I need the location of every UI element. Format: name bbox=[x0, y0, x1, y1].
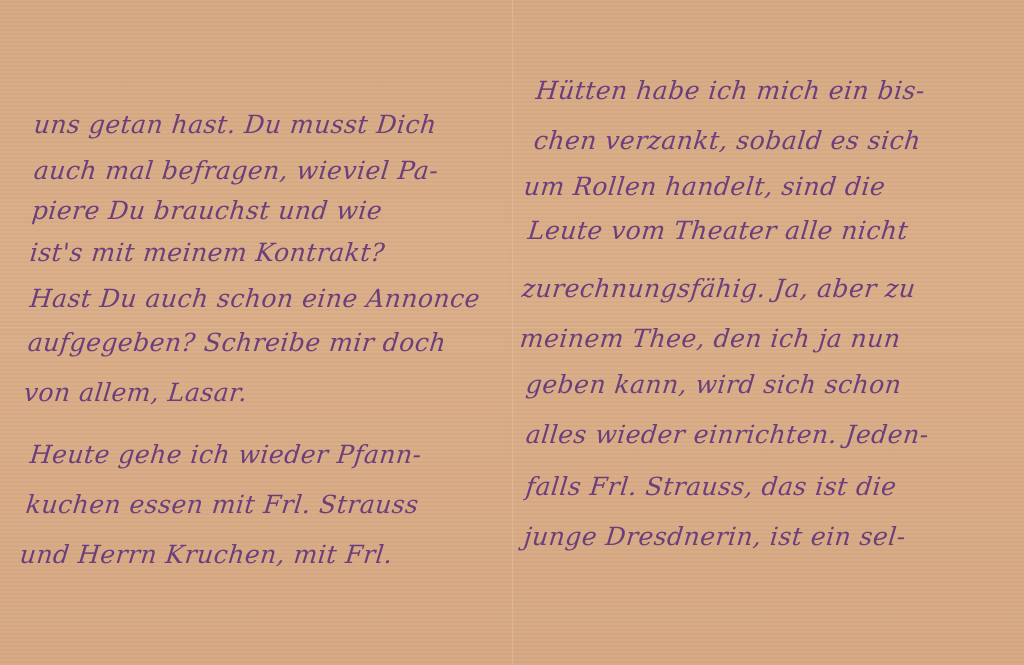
letter-line: aufgegeben? Schreibe mir doch bbox=[26, 328, 447, 357]
letter-line: ist's mit meinem Kontrakt? bbox=[28, 238, 386, 267]
letter-line: junge Dresdnerin, ist ein sel- bbox=[522, 522, 907, 551]
letter-line: und Herrn Kruchen, mit Frl. bbox=[18, 540, 394, 569]
letter-line: uns getan hast. Du musst Dich bbox=[32, 110, 438, 139]
letter-line: piere Du brauchst und wie bbox=[30, 196, 383, 225]
left-page: uns getan hast. Du musst Dich auch mal b… bbox=[0, 0, 511, 665]
letter-line: Hast Du auch schon eine Annonce bbox=[28, 284, 481, 313]
letter-line: auch mal befragen, wieviel Pa- bbox=[32, 156, 439, 185]
letter-line: chen verzankt, sobald es sich bbox=[532, 126, 922, 155]
letter-line: kuchen essen mit Frl. Strauss bbox=[24, 490, 420, 519]
letter-line: Heute gehe ich wieder Pfann- bbox=[28, 440, 423, 469]
letter-line: geben kann, wird sich schon bbox=[524, 370, 903, 399]
letter-line: falls Frl. Strauss, das ist die bbox=[524, 472, 898, 501]
letter-line: Leute vom Theater alle nicht bbox=[526, 216, 909, 245]
right-page: Hütten habe ich mich ein bis- chen verza… bbox=[514, 0, 1024, 665]
letter-line: zurechnungsfähig. Ja, aber zu bbox=[520, 274, 917, 303]
letter-line: von allem, Lasar. bbox=[22, 378, 248, 407]
letter-line: um Rollen handelt, sind die bbox=[522, 172, 887, 201]
letter-line: Hütten habe ich mich ein bis- bbox=[534, 76, 926, 105]
letter-line: alles wieder einrichten. Jeden- bbox=[524, 420, 930, 449]
letter-line: meinem Thee, den ich ja nun bbox=[518, 324, 902, 353]
